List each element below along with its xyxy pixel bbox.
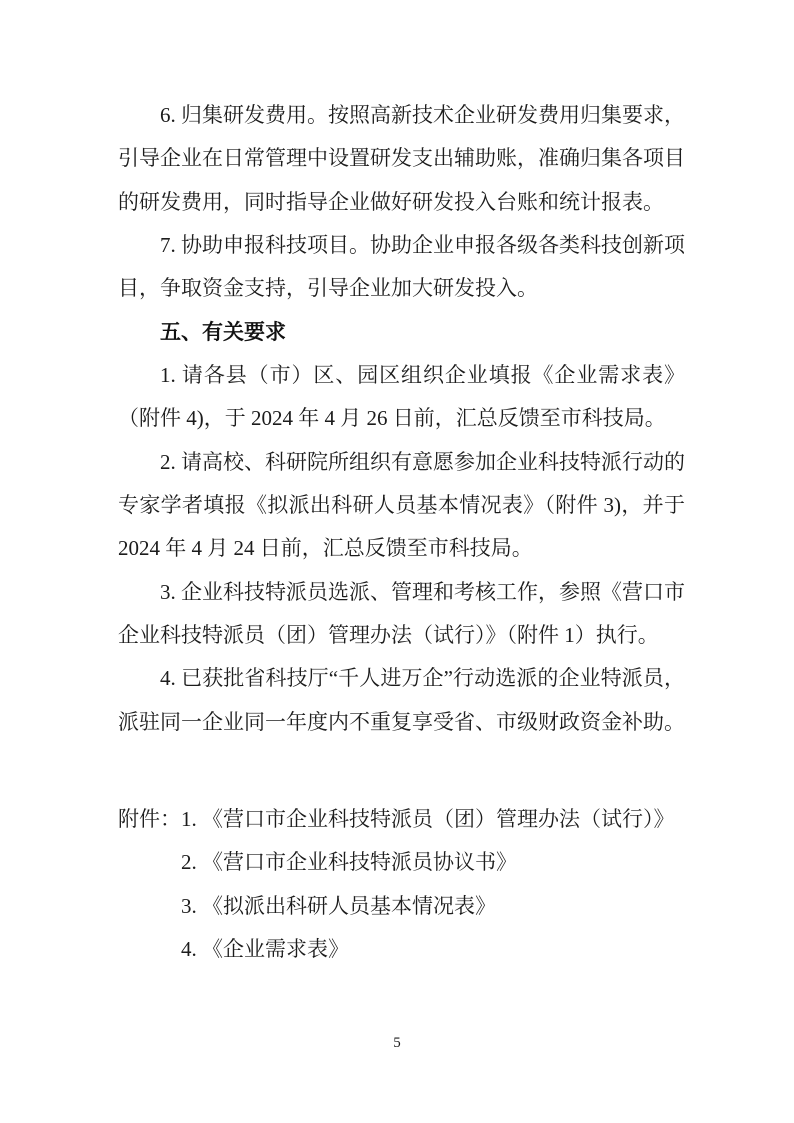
attachment-item-2: 2. 《营口市企业科技特派员协议书》 <box>118 841 685 884</box>
paragraph-requirement-4: 4. 已获批省科技厅“千人进万企”行动选派的企业特派员，派驻同一企业同一年度内不… <box>118 657 685 744</box>
document-page: 6. 归集研发费用。按照高新技术企业研发费用归集要求，引导企业在日常管理中设置研… <box>0 0 794 1123</box>
attachment-item-1: 1. 《营口市企业科技特派员（团）管理办法（试行）》 <box>181 807 675 831</box>
page-number: 5 <box>0 1033 794 1053</box>
paragraph-requirement-2: 2. 请高校、科研院所组织有意愿参加企业科技特派行动的专家学者填报《拟派出科研人… <box>118 441 685 571</box>
section-heading-requirements: 五、有关要求 <box>118 311 685 354</box>
document-content: 6. 归集研发费用。按照高新技术企业研发费用归集要求，引导企业在日常管理中设置研… <box>118 94 685 971</box>
attachments-label: 附件： <box>118 807 181 831</box>
paragraph-item-6: 6. 归集研发费用。按照高新技术企业研发费用归集要求，引导企业在日常管理中设置研… <box>118 94 685 224</box>
attachment-item-3: 3. 《拟派出科研人员基本情况表》 <box>118 885 685 928</box>
paragraph-requirement-3: 3. 企业科技特派员选派、管理和考核工作，参照《营口市企业科技特派员（团）管理办… <box>118 571 685 658</box>
attachments-block: 附件：1. 《营口市企业科技特派员（团）管理办法（试行）》 2. 《营口市企业科… <box>118 798 685 971</box>
attachment-item-4: 4. 《企业需求表》 <box>118 928 685 971</box>
attachment-line-1: 附件：1. 《营口市企业科技特派员（团）管理办法（试行）》 <box>118 798 685 841</box>
paragraph-item-7: 7. 协助申报科技项目。协助企业申报各级各类科技创新项目，争取资金支持，引导企业… <box>118 224 685 311</box>
paragraph-requirement-1: 1. 请各县（市）区、园区组织企业填报《企业需求表》（附件 4)，于 2024 … <box>118 354 685 441</box>
